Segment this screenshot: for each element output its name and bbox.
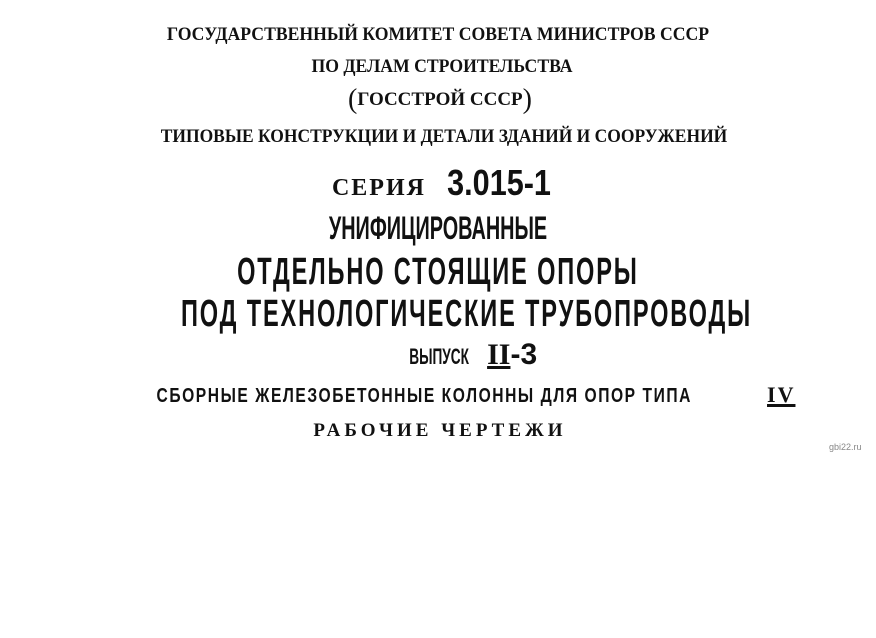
open-paren: ( <box>348 84 357 115</box>
subtitle-roman: IV <box>767 382 795 407</box>
issue-roman: II <box>487 338 510 371</box>
issue-number: 3 <box>520 338 537 371</box>
subtitle: СБОРНЫЕ ЖЕЛЕЗОБЕТОННЫЕ КОЛОННЫ ДЛЯ ОПОР … <box>0 382 876 408</box>
collection-title: ТИПОВЫЕ КОНСТРУКЦИИ И ДЕТАЛИ ЗДАНИЙ И СО… <box>41 126 847 148</box>
main-title-line-3: ПОД ТЕХНОЛОГИЧЕСКИЕ ТРУБОПРОВОДЫ <box>6 292 876 336</box>
gosstroy-text: ГОССТРОЙ СССР <box>357 89 522 110</box>
issue-heading: ВЫПУСКII-3 <box>26 338 876 372</box>
organization-subline: ПО ДЕЛАМ СТРОИТЕЛЬСТВА <box>35 56 850 78</box>
issue-label: ВЫПУСК <box>409 344 469 370</box>
watermark: gbi22.ru <box>829 442 862 452</box>
issue-dash: - <box>510 338 520 371</box>
series-label: СЕРИЯ <box>332 175 426 201</box>
close-paren: ) <box>523 84 532 115</box>
main-title-line-2: ОТДЕЛЬНО СТОЯЩИЕ ОПОРЫ <box>0 250 876 294</box>
series-number: 3.015-1 <box>447 162 551 204</box>
organization-line: ГОСУДАРСТВЕННЫЙ КОМИТЕТ СОВЕТА МИНИСТРОВ… <box>31 24 846 46</box>
working-drawings-label: РАБОЧИЕ ЧЕРТЕЖИ <box>2 420 876 442</box>
subtitle-text: СБОРНЫЕ ЖЕЛЕЗОБЕТОННЫЕ КОЛОННЫ ДЛЯ ОПОР … <box>156 385 691 408</box>
main-title-line-1: УНИФИЦИРОВАННЫЕ <box>0 210 876 247</box>
organization-short-name: (ГОССТРОЙ СССР) <box>2 84 876 116</box>
series-heading: СЕРИЯ 3.015-1 <box>8 162 876 204</box>
